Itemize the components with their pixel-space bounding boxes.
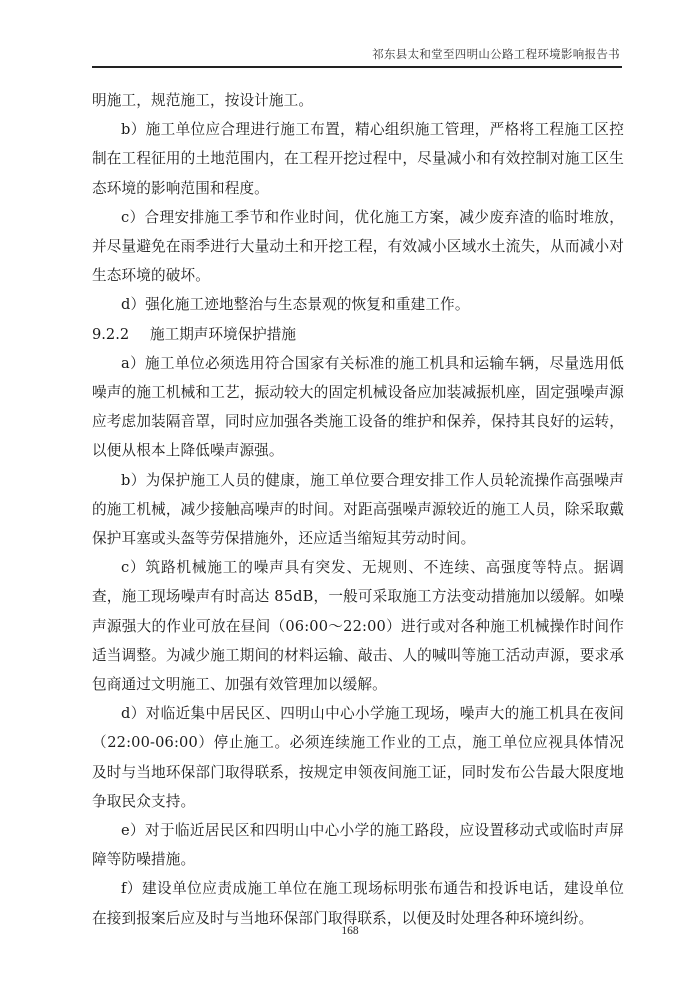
paragraph-d-night-work: d）对临近集中居民区、四明山中心小学施工现场，噪声大的施工机具在夜间（22:00… — [92, 699, 624, 816]
paragraph-a-equipment: a）施工单位必须选用符合国家有关标准的施工机具和运输车辆，尽量选用低噪声的施工机… — [92, 349, 624, 466]
paragraph-b-worker-health: b）为保护施工人员的健康，施工单位要合理安排工作人员轮流操作高强噪声的施工机械，… — [92, 466, 624, 554]
paragraph-c-schedule: c）合理安排施工季节和作业时间，优化施工方案，减少废弃渣的临时堆放，并尽量避免在… — [92, 203, 624, 291]
section-heading: 9.2.2施工期声环境保护措施 — [92, 320, 624, 349]
document-title: 祁东县太和堂至四明山公路工程环境影响报告书 — [372, 46, 620, 62]
section-number: 9.2.2 — [92, 320, 150, 349]
paragraph-b-construction-layout: b）施工单位应合理进行施工布置，精心组织施工管理，严格将工程施工区控制在工程征用… — [92, 115, 624, 203]
page-number: 168 — [0, 925, 700, 937]
section-title: 施工期声环境保护措施 — [150, 326, 296, 343]
page-body: 明施工，规范施工，按设计施工。 b）施工单位应合理进行施工布置，精心组织施工管理… — [92, 86, 624, 933]
page-header: 祁东县太和堂至四明山公路工程环境影响报告书 — [92, 44, 622, 68]
paragraph-continuation: 明施工，规范施工，按设计施工。 — [92, 86, 624, 115]
paragraph-d-restoration: d）强化施工迹地整治与生态景观的恢复和重建工作。 — [92, 290, 624, 319]
paragraph-e-noise-barriers: e）对于临近居民区和四明山中心小学的施工路段，应设置移动式或临时声屏障等防噪措施… — [92, 816, 624, 874]
paragraph-c-road-machinery: c）筑路机械施工的噪声具有突发、无规则、不连续、高强度等特点。据调查，施工现场噪… — [92, 553, 624, 699]
